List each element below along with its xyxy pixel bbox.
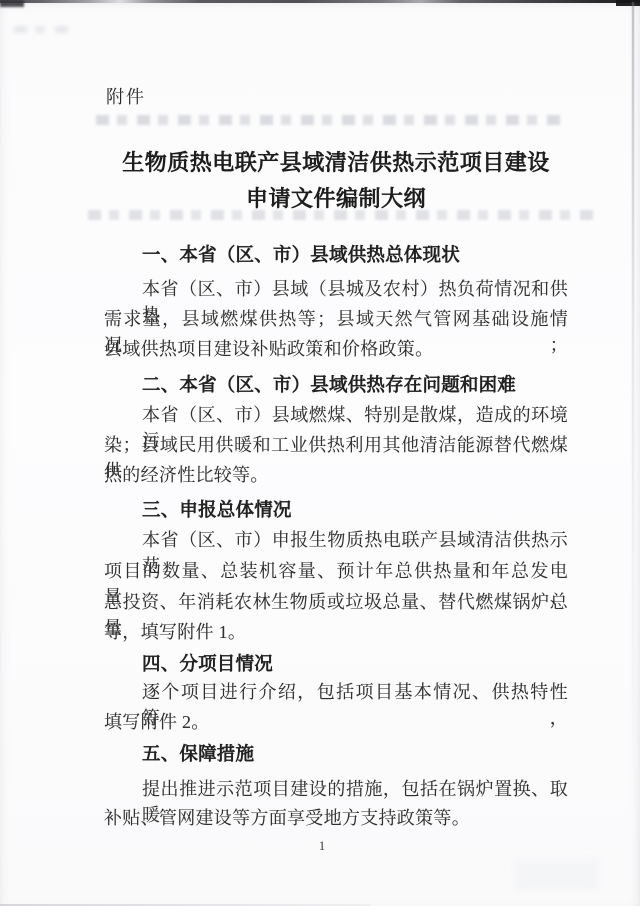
scanned-document-page: 附件 生物质热电联产县域清洁供热示范项目建设 申请文件编制大纲 一、本省（区、市… [0, 0, 640, 906]
section-3-heading: 三、申报总体情况 [142, 496, 292, 522]
scan-corner-top-left [0, 0, 24, 7]
section-1-line-3: 县域供热项目建设补贴政策和价格政策。 [104, 335, 568, 361]
scan-edge-right-crease [632, 2, 634, 792]
section-5-line-2: 补贴、管网建设等方面享受地方支持政策等。 [104, 804, 568, 830]
section-2-heading: 二、本省（区、市）县域供热存在问题和困难 [142, 371, 516, 397]
scan-edge-top [0, 0, 640, 3]
scan-corner-top-right [616, 0, 640, 6]
section-2-line-3: 热的经济性比较等。 [104, 461, 568, 487]
page-number: 1 [90, 838, 554, 854]
bleedthrough-ghost-smudge [14, 26, 72, 33]
doc-title-line-1: 生物质热电联产县域清洁供热示范项目建设 [104, 146, 568, 177]
section-5-heading: 五、保障措施 [142, 740, 254, 766]
attachment-label: 附件 [106, 83, 146, 109]
section-1-heading: 一、本省（区、市）县域供热总体现状 [142, 241, 460, 267]
bleedthrough-ghost-line [96, 115, 564, 125]
section-4-heading: 四、分项目情况 [142, 650, 273, 676]
section-3-line-4: 等，填写附件 1。 [104, 618, 568, 644]
section-4-line-2: 填写附件 2。 [104, 708, 568, 734]
doc-title-line-2: 申请文件编制大纲 [104, 182, 568, 213]
scan-shading-patch [515, 858, 600, 890]
